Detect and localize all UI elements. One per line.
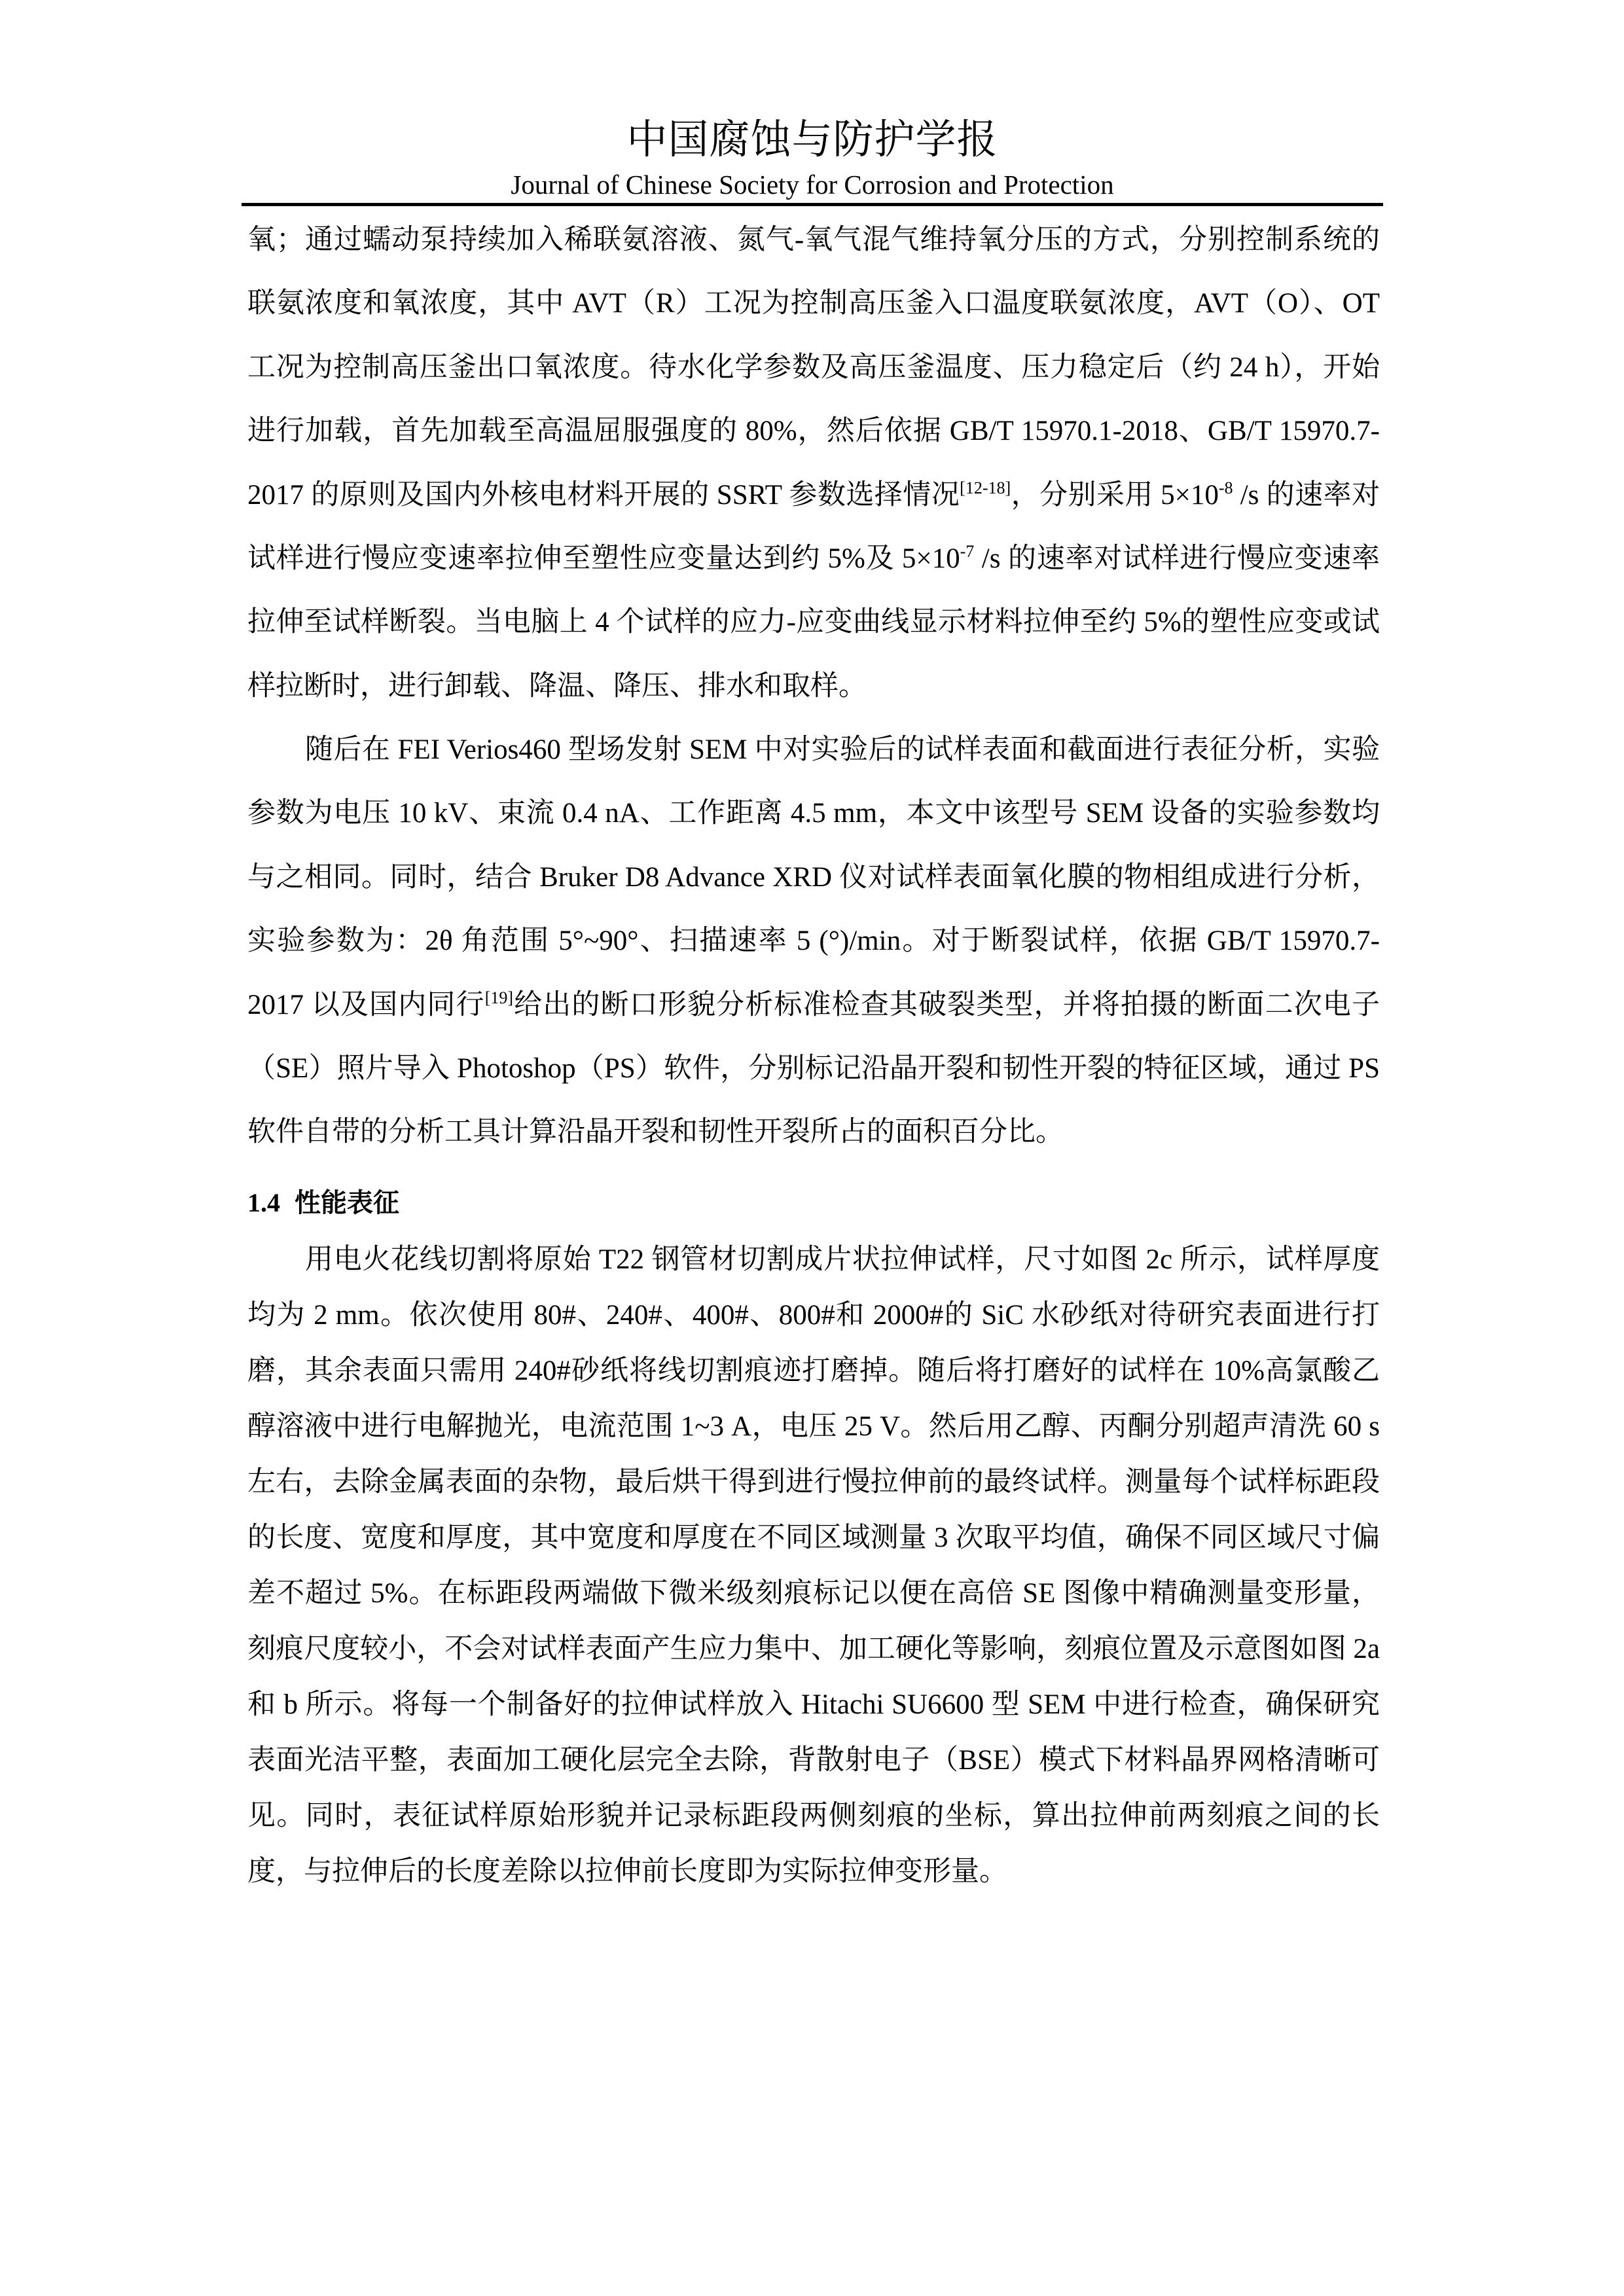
journal-title-cn: 中国腐蚀与防护学报 [242, 117, 1383, 162]
text-run: 氧；通过蠕动泵持续加入稀联氨溶液、氮气-氧气混气维持氧分压的方式，分别控制系统的… [247, 224, 1380, 511]
text-run: 随后在 FEI Verios460 型场发射 SEM 中对实验后的试样表面和截面… [247, 734, 1380, 1020]
superscript: -8 [1219, 478, 1233, 497]
header-divider [242, 203, 1383, 206]
text-run: 用电火花线切割将原始 T22 钢管材切割成片状拉伸试样，尺寸如图 2c 所示，试… [247, 1244, 1380, 1887]
paragraph-test-procedure: 氧；通过蠕动泵持续加入稀联氨溶液、氮气-氧气混气维持氧分压的方式，分别控制系统的… [247, 208, 1380, 718]
superscript: [19] [485, 988, 513, 1007]
paragraph-characterization: 随后在 FEI Verios460 型场发射 SEM 中对实验后的试样表面和截面… [247, 718, 1380, 1164]
journal-title-en: Journal of Chinese Society for Corrosion… [242, 169, 1383, 200]
section-number: 1.4 [247, 1188, 280, 1217]
superscript: [12-18] [960, 478, 1011, 497]
text-run: ，分别采用 5×10 [1011, 480, 1219, 511]
section-heading: 1.4性能表征 [247, 1185, 399, 1221]
superscript: -7 [960, 542, 975, 561]
section-title: 性能表征 [295, 1188, 399, 1217]
paragraph-specimen-preparation: 用电火花线切割将原始 T22 钢管材切割成片状拉伸试样，尺寸如图 2c 所示，试… [247, 1232, 1380, 1899]
